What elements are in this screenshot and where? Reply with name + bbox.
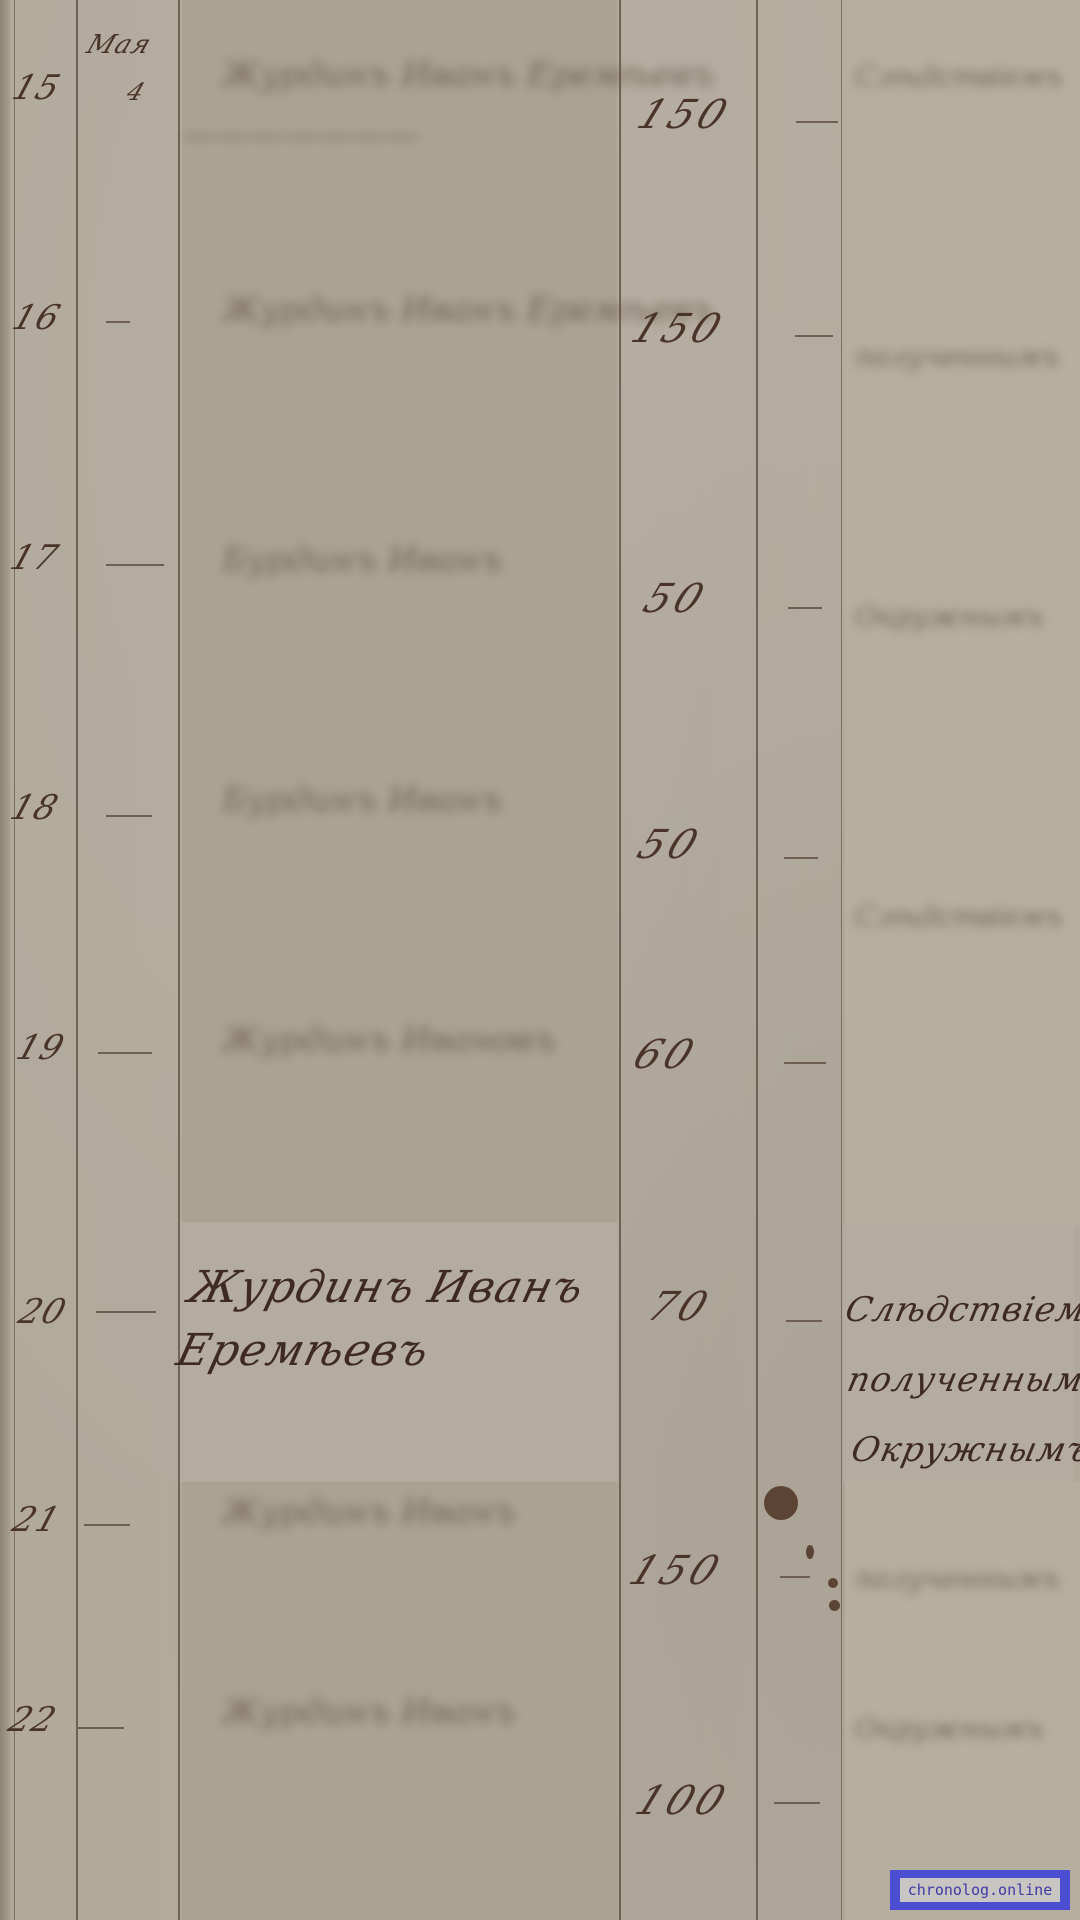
row-17-name: Бурдинъ Иванъ xyxy=(222,540,503,580)
name-column-redacted-top: Журдинъ Иванъ Еремѣевъ ——————— Журдинъ И… xyxy=(182,0,617,1222)
date-dash-16 xyxy=(106,321,130,323)
kopeck-dash-22 xyxy=(774,1802,820,1804)
note-redacted-3: Окружнымъ xyxy=(855,600,1044,633)
kopeck-dash-17 xyxy=(788,607,822,609)
kopeck-dash-15 xyxy=(796,121,838,123)
kopeck-dash-20 xyxy=(786,1320,822,1322)
row-20-note-line3: Окружнымъ xyxy=(848,1430,1080,1470)
date-dash-19 xyxy=(98,1052,152,1054)
note-redacted-6: Окружнымъ xyxy=(855,1712,1044,1745)
row-20-name-line1: Журдинъ Иванъ xyxy=(184,1262,590,1313)
row-19-name: Журдинъ Ивановъ xyxy=(222,1020,556,1060)
row-20-note-line2: полученнымъ xyxy=(844,1360,1080,1400)
ink-drop-2 xyxy=(828,1578,838,1588)
amount-15: 150 xyxy=(631,92,738,138)
row-20-name-line2: Еремѣевъ xyxy=(172,1325,435,1376)
row-20-note-line1: Слѣдствіемъ xyxy=(842,1290,1080,1330)
row-18-name: Бурдинъ Иванъ xyxy=(222,780,503,820)
name-column-redacted-bottom: Журдинъ Иванъ Журдинъ Иванъ xyxy=(182,1482,617,1920)
date-dash-20 xyxy=(96,1311,156,1313)
rule-line-number-column xyxy=(76,0,78,1920)
rule-line-name-column xyxy=(619,0,621,1920)
kopeck-dash-21 xyxy=(780,1576,810,1578)
date-dash-21 xyxy=(84,1524,130,1526)
page-edge xyxy=(0,0,10,1920)
note-column-redacted-top: Слѣдствіемъ полученнымъ Окружнымъ Слѣдст… xyxy=(845,0,1080,1225)
amount-16: 150 xyxy=(625,306,732,352)
rule-line-note-column xyxy=(841,0,842,1920)
note-redacted-4: Слѣдствіемъ xyxy=(855,900,1063,933)
date-dash-22 xyxy=(78,1727,124,1729)
ink-drop-3 xyxy=(829,1600,840,1611)
ink-drop-1 xyxy=(806,1545,814,1559)
watermark-text: chronolog.online xyxy=(900,1878,1061,1902)
row-15-name: Журдинъ Иванъ Еремѣевъ xyxy=(222,55,714,95)
month-header: Мая xyxy=(83,30,156,60)
date-dash-17 xyxy=(106,564,164,566)
kopeck-dash-19 xyxy=(784,1062,826,1064)
amount-21: 150 xyxy=(623,1548,730,1594)
note-column-redacted-bottom: полученнымъ Окружнымъ xyxy=(845,1482,1080,1920)
rule-line-date-column xyxy=(178,0,180,1920)
row-15-name-line2: ——————— xyxy=(182,115,420,155)
date-dash-18 xyxy=(106,815,152,817)
watermark-badge: chronolog.online xyxy=(890,1870,1070,1910)
row-22-name: Журдинъ Иванъ xyxy=(222,1692,516,1732)
kopeck-dash-18 xyxy=(784,857,818,859)
row-21-name: Журдинъ Иванъ xyxy=(222,1492,516,1532)
kopeck-dash-16 xyxy=(795,335,833,337)
amount-22: 100 xyxy=(629,1778,736,1824)
note-redacted-1: Слѣдствіемъ xyxy=(855,60,1063,93)
note-redacted-5: полученнымъ xyxy=(855,1562,1060,1595)
note-redacted-2: полученнымъ xyxy=(855,340,1060,373)
rule-line-amount-column xyxy=(756,0,758,1920)
ink-blot xyxy=(764,1486,798,1520)
rule-line-left-margin xyxy=(14,0,15,1920)
